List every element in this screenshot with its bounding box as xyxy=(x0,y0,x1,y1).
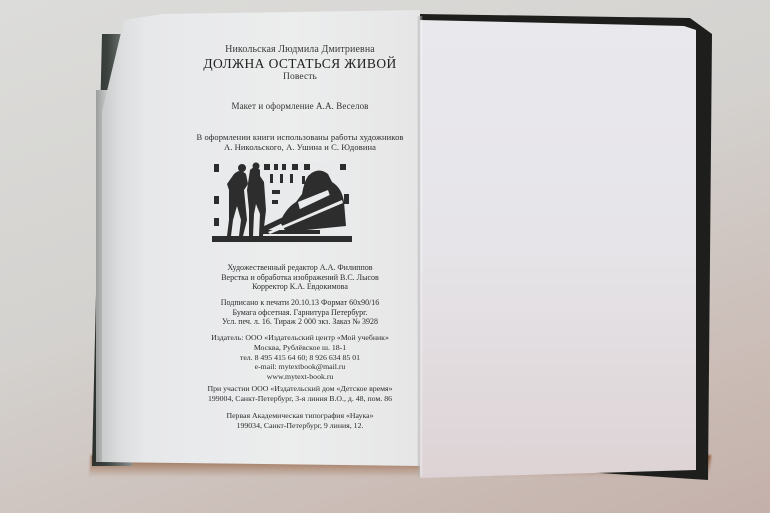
partner-info: При участии ООО «Издательский дом «Детск… xyxy=(180,384,420,403)
partner-line: При участии ООО «Издательский дом «Детск… xyxy=(180,384,420,394)
woodcut-illustration-icon xyxy=(212,162,352,244)
publisher-info: Издатель: ООО «Издательский центр «Мой у… xyxy=(188,333,412,382)
print-info-line: Подписано к печати 20.10.13 Формат 60x90… xyxy=(190,298,410,308)
printing-house-address: 199034, Санкт-Петербург, 9 линия, 12. xyxy=(190,421,410,431)
book-genre: Повесть xyxy=(180,71,420,84)
printing-house-name: Первая Академическая типография «Наука» xyxy=(190,411,410,421)
publisher-phone: тел. 8 495 415 64 60; 8 926 634 85 01 xyxy=(188,353,412,363)
artists-line-1: В оформлении книги использованы работы х… xyxy=(180,132,420,143)
title-block: Никольская Людмила Дмитриевна ДОЛЖНА ОСТ… xyxy=(180,44,420,153)
credit-line: Верстка и обработка изображений В.С. Лыс… xyxy=(190,273,410,283)
layout-credit: Макет и оформление А.А. Веселов xyxy=(180,102,420,112)
publisher-address: Москва, Рублёвское ш. 18-1 xyxy=(188,343,412,353)
author-name: Никольская Людмила Дмитриевна xyxy=(180,44,420,56)
publisher-email: e-mail: mytextbook@mail.ru xyxy=(188,362,412,372)
artists-line-2: А. Никольского, А. Ушина и С. Юдовина xyxy=(180,142,420,153)
right-page-blank xyxy=(420,20,696,478)
photo-scene: Никольская Людмила Дмитриевна ДОЛЖНА ОСТ… xyxy=(0,0,770,513)
credit-line: Корректор К.А. Евдокимова xyxy=(190,282,410,292)
credit-line: Художественный редактор А.А. Филиппов xyxy=(190,263,410,273)
print-info-line: Усл. печ. л. 16. Тираж 2 000 экз. Заказ … xyxy=(190,317,410,327)
editorial-credits: Художественный редактор А.А. Филиппов Ве… xyxy=(190,263,410,292)
publisher-line: Издатель: ООО «Издательский центр «Мой у… xyxy=(188,333,412,343)
print-info: Подписано к печати 20.10.13 Формат 60x90… xyxy=(190,298,410,327)
publisher-website: www.mytext-book.ru xyxy=(188,372,412,382)
partner-address: 199004, Санкт-Петербург, 3-я линия В.О.,… xyxy=(180,394,420,404)
print-info-line: Бумага офсетная. Гарнитура Петербург. xyxy=(190,308,410,318)
book-title: ДОЛЖНА ОСТАТЬСЯ ЖИВОЙ xyxy=(180,56,420,71)
printing-house-info: Первая Академическая типография «Наука» … xyxy=(190,411,410,431)
